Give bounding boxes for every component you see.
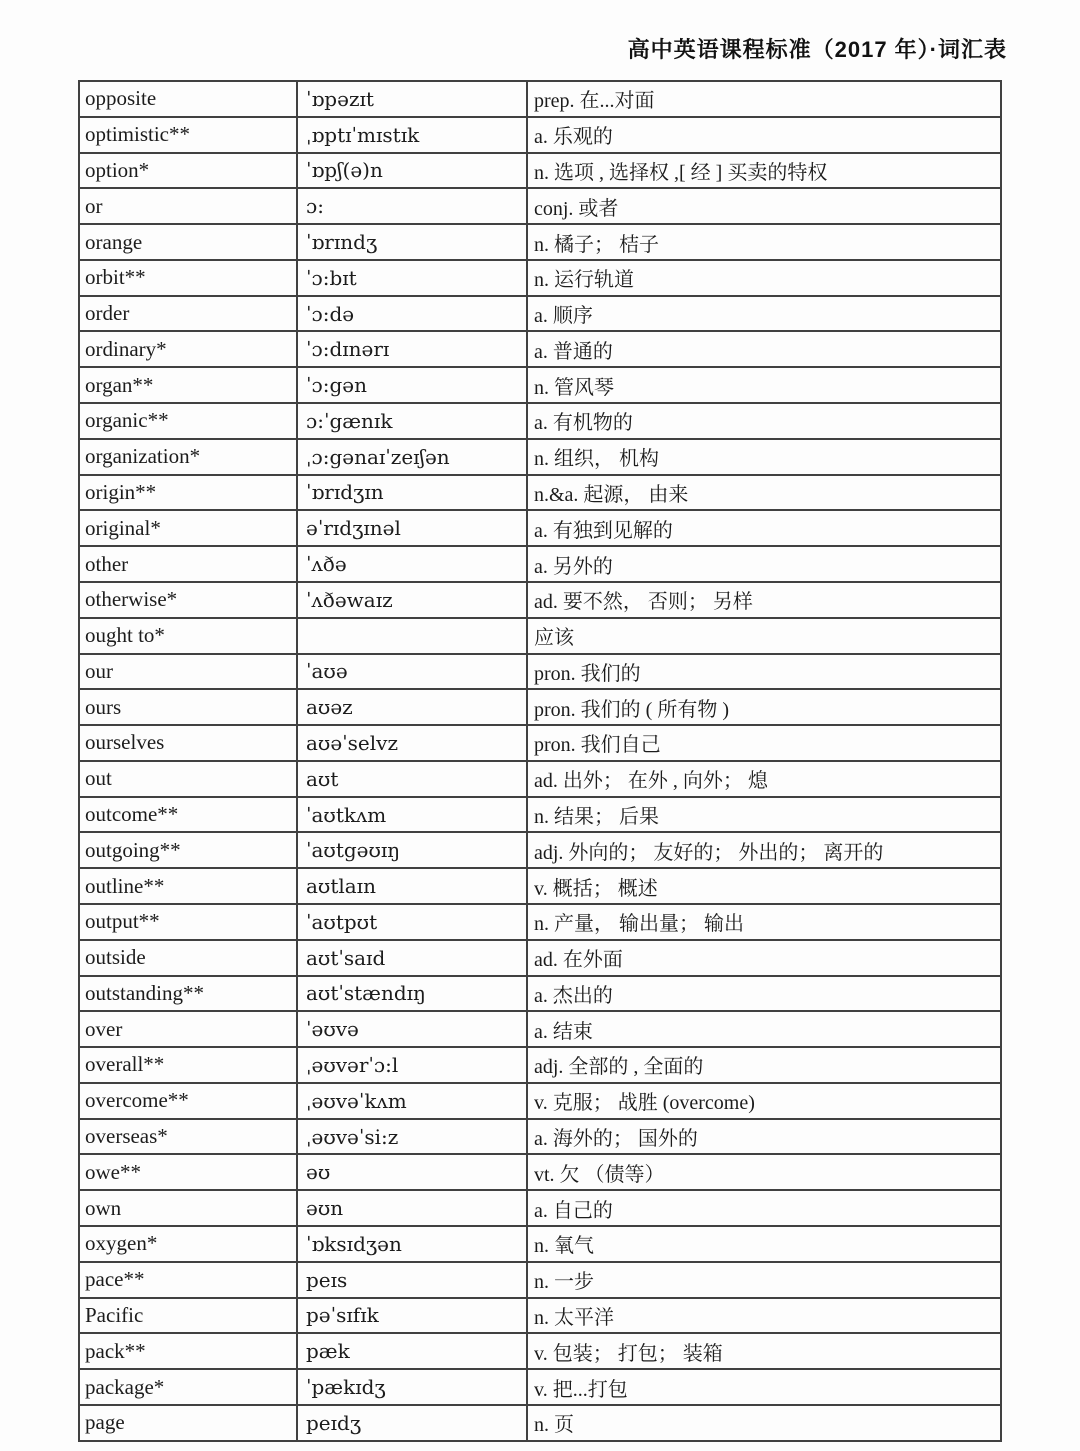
definition-cell: n. 一步 [527, 1262, 1001, 1298]
word-cell: origin** [79, 475, 297, 511]
phonetic-cell: ˈɒrɪdʒɪn [297, 475, 527, 511]
word-cell: option* [79, 153, 297, 189]
vocab-table-body: opposite ˈɒpəzɪt prep. 在...对面 optimistic… [79, 81, 1001, 1441]
phonetic-cell: ˈaʊtgəʊɪŋ [297, 832, 527, 868]
table-row: outcome** ˈaʊtkʌm n. 结果； 后果 [79, 797, 1001, 833]
table-row: outstanding** aʊtˈstændɪŋ a. 杰出的 [79, 976, 1001, 1012]
definition-cell: adj. 外向的； 友好的； 外出的； 离开的 [527, 832, 1001, 868]
phonetic-cell: əˈrɪdʒɪnəl [297, 510, 527, 546]
phonetic-cell: ˈaʊə [297, 654, 527, 690]
word-cell: orange [79, 224, 297, 260]
word-cell: ours [79, 689, 297, 725]
table-row: option* ˈɒpʃ(ə)n n. 选项 , 选择权 ,[ 经 ] 买卖的特… [79, 153, 1001, 189]
phonetic-cell: ˈɔ:bɪt [297, 260, 527, 296]
table-row: optimistic** ˌɒptɪˈmɪstɪk a. 乐观的 [79, 117, 1001, 153]
table-row: origin** ˈɒrɪdʒɪn n.&a. 起源， 由来 [79, 475, 1001, 511]
table-row: outgoing** ˈaʊtgəʊɪŋ adj. 外向的； 友好的； 外出的；… [79, 832, 1001, 868]
word-cell: output** [79, 904, 297, 940]
word-cell: outstanding** [79, 976, 297, 1012]
phonetic-cell: ˈɒpəzɪt [297, 81, 527, 117]
definition-cell: ad. 出外； 在外 , 向外； 熄 [527, 761, 1001, 797]
definition-cell: n. 运行轨道 [527, 260, 1001, 296]
definition-cell: n. 氧气 [527, 1226, 1001, 1262]
table-row: oxygen* ˈɒksɪdʒən n. 氧气 [79, 1226, 1001, 1262]
phonetic-cell: aʊəˈselvz [297, 725, 527, 761]
definition-cell: a. 杰出的 [527, 976, 1001, 1012]
definition-cell: n. 产量， 输出量； 输出 [527, 904, 1001, 940]
table-row: otherwise* ˈʌðəwaɪz ad. 要不然， 否则； 另样 [79, 582, 1001, 618]
definition-cell: a. 顺序 [527, 296, 1001, 332]
table-row: orange ˈɒrɪndʒ n. 橘子； 桔子 [79, 224, 1001, 260]
table-row: over ˈəʊvə a. 结束 [79, 1011, 1001, 1047]
word-cell: outline** [79, 868, 297, 904]
definition-cell: a. 有机物的 [527, 403, 1001, 439]
definition-cell: v. 把...打包 [527, 1369, 1001, 1405]
table-row: page peɪdʒ n. 页 [79, 1405, 1001, 1441]
definition-cell: adj. 全部的 , 全面的 [527, 1047, 1001, 1083]
table-row: own əʊn a. 自己的 [79, 1190, 1001, 1226]
phonetic-cell: əʊn [297, 1190, 527, 1226]
word-cell: own [79, 1190, 297, 1226]
phonetic-cell [297, 618, 527, 654]
phonetic-cell: pəˈsɪfɪk [297, 1298, 527, 1334]
phonetic-cell: ˈʌðə [297, 546, 527, 582]
word-cell: ought to* [79, 618, 297, 654]
definition-cell: pron. 我们自己 [527, 725, 1001, 761]
word-cell: orbit** [79, 260, 297, 296]
vocab-table: opposite ˈɒpəzɪt prep. 在...对面 optimistic… [78, 80, 1002, 1442]
word-cell: pack** [79, 1333, 297, 1369]
table-row: organization* ˌɔ:gənaɪˈzeɪʃən n. 组织， 机构 [79, 439, 1001, 475]
table-row: ought to* 应该 [79, 618, 1001, 654]
table-row: pack** pæk v. 包装； 打包； 装箱 [79, 1333, 1001, 1369]
word-cell: Pacific [79, 1298, 297, 1334]
phonetic-cell: ˈɔ:gən [297, 367, 527, 403]
table-row: other ˈʌðə a. 另外的 [79, 546, 1001, 582]
definition-cell: a. 海外的； 国外的 [527, 1119, 1001, 1155]
table-row: opposite ˈɒpəzɪt prep. 在...对面 [79, 81, 1001, 117]
word-cell: outcome** [79, 797, 297, 833]
table-row: output** ˈaʊtpʊt n. 产量， 输出量； 输出 [79, 904, 1001, 940]
definition-cell: n. 组织， 机构 [527, 439, 1001, 475]
word-cell: pace** [79, 1262, 297, 1298]
definition-cell: ad. 要不然， 否则； 另样 [527, 582, 1001, 618]
phonetic-cell: ˈəʊvə [297, 1011, 527, 1047]
table-row: organic** ɔ:ˈgænɪk a. 有机物的 [79, 403, 1001, 439]
table-row: out aʊt ad. 出外； 在外 , 向外； 熄 [79, 761, 1001, 797]
definition-cell: v. 克服； 战胜 (overcome) [527, 1083, 1001, 1119]
definition-cell: a. 普通的 [527, 331, 1001, 367]
word-cell: otherwise* [79, 582, 297, 618]
phonetic-cell: ɔ:ˈgænɪk [297, 403, 527, 439]
table-row: our ˈaʊə pron. 我们的 [79, 654, 1001, 690]
word-cell: organization* [79, 439, 297, 475]
definition-cell: n. 结果； 后果 [527, 797, 1001, 833]
definition-cell: n.&a. 起源， 由来 [527, 475, 1001, 511]
table-row: outline** aʊtlaɪn v. 概括； 概述 [79, 868, 1001, 904]
word-cell: outside [79, 940, 297, 976]
phonetic-cell: aʊt [297, 761, 527, 797]
phonetic-cell: peɪdʒ [297, 1405, 527, 1441]
word-cell: original* [79, 510, 297, 546]
table-row: owe** əʊ vt. 欠 （债等） [79, 1154, 1001, 1190]
table-row: order ˈɔ:də a. 顺序 [79, 296, 1001, 332]
word-cell: package* [79, 1369, 297, 1405]
phonetic-cell: aʊtlaɪn [297, 868, 527, 904]
definition-cell: n. 太平洋 [527, 1298, 1001, 1334]
word-cell: order [79, 296, 297, 332]
definition-cell: pron. 我们的 [527, 654, 1001, 690]
word-cell: ourselves [79, 725, 297, 761]
word-cell: ordinary* [79, 331, 297, 367]
definition-cell: a. 结束 [527, 1011, 1001, 1047]
word-cell: other [79, 546, 297, 582]
phonetic-cell: ˈɒrɪndʒ [297, 224, 527, 260]
phonetic-cell: əʊ [297, 1154, 527, 1190]
definition-cell: 应该 [527, 618, 1001, 654]
word-cell: owe** [79, 1154, 297, 1190]
table-row: or ɔ: conj. 或者 [79, 188, 1001, 224]
word-cell: outgoing** [79, 832, 297, 868]
word-cell: overcome** [79, 1083, 297, 1119]
definition-cell: n. 页 [527, 1405, 1001, 1441]
table-row: overall** ˌəʊvərˈɔ:l adj. 全部的 , 全面的 [79, 1047, 1001, 1083]
table-row: pace** peɪs n. 一步 [79, 1262, 1001, 1298]
phonetic-cell: ˈaʊtpʊt [297, 904, 527, 940]
phonetic-cell: aʊtˈstændɪŋ [297, 976, 527, 1012]
word-cell: optimistic** [79, 117, 297, 153]
phonetic-cell: ˌɒptɪˈmɪstɪk [297, 117, 527, 153]
phonetic-cell: peɪs [297, 1262, 527, 1298]
definition-cell: a. 乐观的 [527, 117, 1001, 153]
table-row: organ** ˈɔ:gən n. 管风琴 [79, 367, 1001, 403]
definition-cell: v. 包装； 打包； 装箱 [527, 1333, 1001, 1369]
phonetic-cell: ˈɒpʃ(ə)n [297, 153, 527, 189]
definition-cell: a. 自己的 [527, 1190, 1001, 1226]
word-cell: over [79, 1011, 297, 1047]
phonetic-cell: ˌəʊvəˈkʌm [297, 1083, 527, 1119]
word-cell: organic** [79, 403, 297, 439]
word-cell: overall** [79, 1047, 297, 1083]
word-cell: opposite [79, 81, 297, 117]
table-row: outside aʊtˈsaɪd ad. 在外面 [79, 940, 1001, 976]
word-cell: out [79, 761, 297, 797]
table-row: Pacific pəˈsɪfɪk n. 太平洋 [79, 1298, 1001, 1334]
word-cell: overseas* [79, 1119, 297, 1155]
table-row: ours aʊəz pron. 我们的 ( 所有物 ) [79, 689, 1001, 725]
phonetic-cell: ɔ: [297, 188, 527, 224]
table-row: ordinary* ˈɔ:dɪnərɪ a. 普通的 [79, 331, 1001, 367]
phonetic-cell: ˌɔ:gənaɪˈzeɪʃən [297, 439, 527, 475]
table-row: orbit** ˈɔ:bɪt n. 运行轨道 [79, 260, 1001, 296]
table-row: overcome** ˌəʊvəˈkʌm v. 克服； 战胜 (overcome… [79, 1083, 1001, 1119]
definition-cell: prep. 在...对面 [527, 81, 1001, 117]
phonetic-cell: ˈaʊtkʌm [297, 797, 527, 833]
definition-cell: n. 橘子； 桔子 [527, 224, 1001, 260]
definition-cell: a. 有独到见解的 [527, 510, 1001, 546]
phonetic-cell: ˈɔ:də [297, 296, 527, 332]
definition-cell: ad. 在外面 [527, 940, 1001, 976]
word-cell: page [79, 1405, 297, 1441]
phonetic-cell: ˈpækɪdʒ [297, 1369, 527, 1405]
word-cell: our [79, 654, 297, 690]
phonetic-cell: ˈɒksɪdʒən [297, 1226, 527, 1262]
word-cell: or [79, 188, 297, 224]
phonetic-cell: ˈʌðəwaɪz [297, 582, 527, 618]
phonetic-cell: ˌəʊvərˈɔ:l [297, 1047, 527, 1083]
phonetic-cell: ˈɔ:dɪnərɪ [297, 331, 527, 367]
word-cell: organ** [79, 367, 297, 403]
phonetic-cell: pæk [297, 1333, 527, 1369]
definition-cell: a. 另外的 [527, 546, 1001, 582]
table-row: original* əˈrɪdʒɪnəl a. 有独到见解的 [79, 510, 1001, 546]
word-cell: oxygen* [79, 1226, 297, 1262]
definition-cell: n. 管风琴 [527, 367, 1001, 403]
phonetic-cell: ˌəʊvəˈsi:z [297, 1119, 527, 1155]
definition-cell: n. 选项 , 选择权 ,[ 经 ] 买卖的特权 [527, 153, 1001, 189]
page-title: 高中英语课程标准（2017 年）·词汇表 [628, 33, 1007, 64]
definition-cell: conj. 或者 [527, 188, 1001, 224]
phonetic-cell: aʊtˈsaɪd [297, 940, 527, 976]
phonetic-cell: aʊəz [297, 689, 527, 725]
definition-cell: v. 概括； 概述 [527, 868, 1001, 904]
table-row: overseas* ˌəʊvəˈsi:z a. 海外的； 国外的 [79, 1119, 1001, 1155]
table-row: package* ˈpækɪdʒ v. 把...打包 [79, 1369, 1001, 1405]
definition-cell: vt. 欠 （债等） [527, 1154, 1001, 1190]
definition-cell: pron. 我们的 ( 所有物 ) [527, 689, 1001, 725]
table-row: ourselves aʊəˈselvz pron. 我们自己 [79, 725, 1001, 761]
